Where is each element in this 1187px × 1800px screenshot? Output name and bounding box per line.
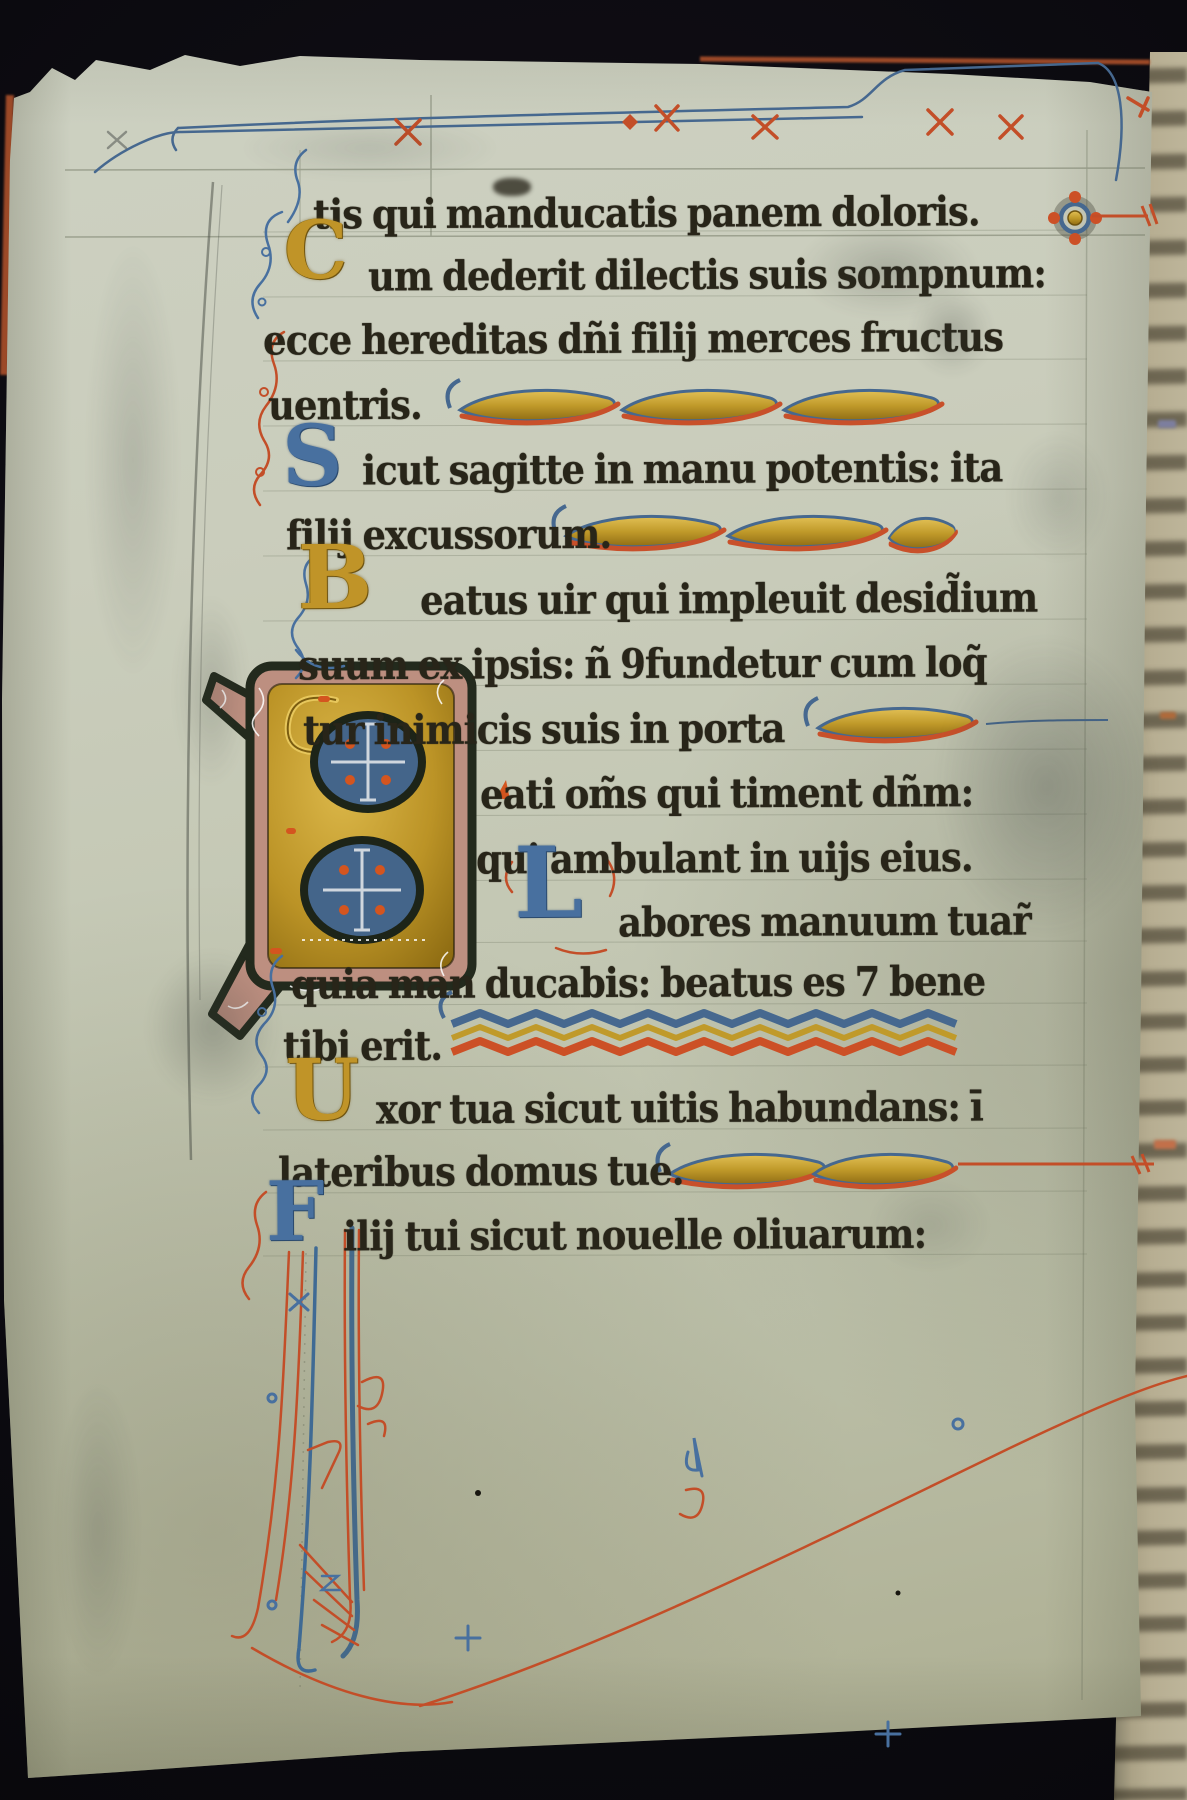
text-line: ecce hereditas dñi filij merces fructus bbox=[263, 312, 1003, 364]
rosette-ornament bbox=[1048, 191, 1157, 245]
pen-flourished-initial-F: F bbox=[266, 1176, 325, 1250]
top-margin-pen-line bbox=[95, 63, 1148, 180]
leaf-line-filler-3 bbox=[806, 698, 1108, 741]
text-line: tis qui manducatis panem doloris. bbox=[313, 187, 980, 239]
leaf-line-filler-2 bbox=[554, 506, 957, 551]
pen-flourished-initial-U: U bbox=[286, 1052, 360, 1128]
ink-blot bbox=[493, 178, 531, 196]
pen-flourished-initial-S: S bbox=[282, 418, 343, 494]
text-line: icut sagitte in manu potentis: ita bbox=[362, 443, 1002, 494]
text-line: abores manuum tuar̃ bbox=[618, 896, 1031, 946]
text-line: eatus uir qui impleuit desid̃ium bbox=[420, 573, 1037, 624]
leaf-line-filler-1 bbox=[448, 380, 942, 423]
text-line: um dederit dilectis suis sompnum: bbox=[368, 249, 1046, 301]
text-line: tur inimicis suis in porta bbox=[303, 704, 785, 755]
text-line: xor tua sicut uitis habundans: ī bbox=[376, 1082, 983, 1133]
text-line: suum ex ipsis: ñ 9fundetur cum loq̃ bbox=[298, 638, 987, 690]
text-line: quia man ducabis: beatus es 7 bene bbox=[291, 957, 985, 1009]
text-line: lateribus domus tue. bbox=[278, 1146, 684, 1196]
pen-flourished-initial-C: C bbox=[284, 214, 348, 286]
pen-flourished-initial-B: B bbox=[298, 538, 373, 618]
bottom-margin-flourishes bbox=[232, 1228, 1187, 1746]
leaf-line-filler-4 bbox=[658, 1144, 1154, 1187]
manuscript-photo: tis qui manducatis panem doloris.um dede… bbox=[0, 0, 1187, 1800]
pen-flourished-initial-L: L bbox=[514, 840, 583, 929]
text-line: ilij tui sicut nouelle oliuarum: bbox=[343, 1209, 926, 1260]
text-line: eati om̃s qui timent dñm: bbox=[480, 768, 973, 819]
